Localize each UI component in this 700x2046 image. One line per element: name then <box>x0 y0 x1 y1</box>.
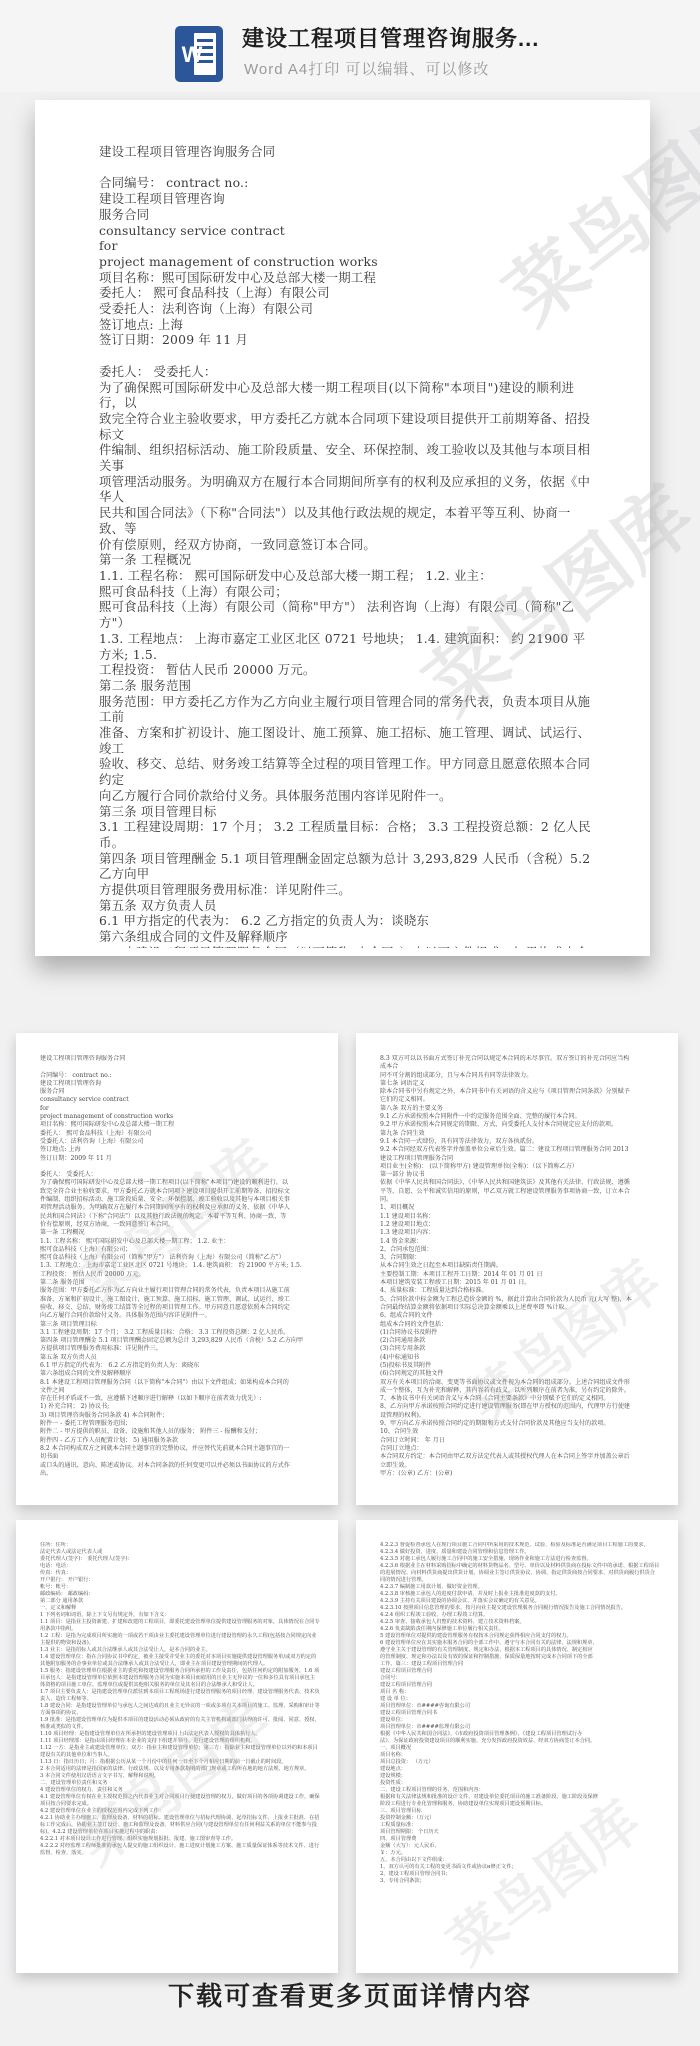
document-line: 主要控制工期：本项目工程开工日期：2014 年 01 月 01 日 <box>380 1271 660 1279</box>
document-line: 法定代表人或法定代表人或 <box>40 1549 320 1556</box>
document-line: 4 建设管理单位的权力、责任和义务 <box>40 1787 320 1794</box>
document-line: 传真：传真： <box>40 1570 320 1577</box>
document-title: 建设工程项目管理咨询服务... <box>242 22 672 53</box>
document-line: 平等、自愿、公平和诚实信用的原则，甲乙双方就工程建设管理服务事项协商一致，订立本… <box>380 1188 660 1196</box>
document-line: 1、双方认可的有关工程的变更书面文件或协议и修正文件； <box>380 1864 660 1871</box>
thumbnail-page-3-text: 住所：住所：法定代表人或法定代表人或委托代理人(签字)： 委托代理人(签字)：电… <box>40 1542 320 1963</box>
document-line: 建设工程项目管理合同书 <box>380 1710 660 1717</box>
document-line: 项目名称：熙可国际研发中心及总部大楼一期工程 <box>40 1121 320 1129</box>
document-line: 工程质量标准： <box>380 1822 660 1829</box>
document-line: 向乙方履行合同价款给付义务。具体服务范围内容详见附件一。 <box>40 1312 320 1320</box>
document-line: 10、合同生效 <box>380 1428 660 1436</box>
document-line: 1.1 建设项目名称： <box>380 1213 660 1221</box>
document-line: 委托代理人(签字)： 委托代理人(签字)： <box>40 1556 320 1563</box>
document-line: 准备、方案和扩初设计、施工图设计、施工预算、施工招标、施工管理、调试、试运行、竣… <box>99 725 594 756</box>
document-line: 民共和国合同法》（下称"合同法"）以及其他行政法规的规定，本着平等互利、协商一致… <box>99 505 594 536</box>
document-line: 1.2 工程：是指为完成项目所实施的一项或若干项由业主委托建设管理单位进行建设管… <box>40 1633 320 1647</box>
document-line: 五、本合同由以下文件组成： <box>380 1857 660 1864</box>
document-line: 4.2.2.3 督促检查承包人在现行项目施工合同中所采用的技术规范、试验、检验及… <box>380 1542 660 1549</box>
document-line: 建设规模： <box>380 1773 660 1780</box>
document-line: consultancy service contract <box>99 223 594 239</box>
thumbnail-page-4[interactable]: 4.2.2.3 督促检查承包人在现行项目施工合同中所采用的技术规范、试验、检验及… <box>356 1520 678 1973</box>
document-line: 项管理活动服务。为明确双方在履行本合同期间所享有的权利及应承担的义务，依据《中华… <box>99 474 594 505</box>
document-line: 出。 <box>40 1470 320 1478</box>
document-line: 方提供项目管理服务费用标准：详见附件三。 <box>99 882 594 898</box>
document-line: 8.1 本建设工程项目管理服务合同（以下简称"本合同"）由以下文件组成；如果构成… <box>40 1379 320 1387</box>
document-line: 第三条 项目管理目标 <box>99 804 594 820</box>
document-line: 建设工程项目管理咨询 <box>40 1080 320 1088</box>
document-line: 第五条 双方负责人员 <box>40 1354 320 1362</box>
document-line: 1) 补充合同； 2) 协议书; <box>40 1403 320 1411</box>
document-line: for <box>99 238 594 254</box>
document-subtitle: Word A4打印 可以编辑、可以修改 <box>244 58 664 79</box>
document-line: 受委托人：法利咨询（上海）有限公司 <box>40 1138 320 1146</box>
document-line: 文件之间 <box>40 1387 320 1395</box>
document-line: 6.1 甲方指定的代表为： 6.2 乙方指定的负责人为：谈晓东 <box>99 913 594 929</box>
header: W 建设工程项目管理咨询服务... Word A4打印 可以编辑、可以修改 <box>0 0 700 92</box>
document-line: 同不可分割的组成部分，且与本合同具有同等法律效力。 <box>380 1072 660 1080</box>
document-line: 投资性质： <box>380 1780 660 1787</box>
document-line: 阶段工程进行专业化管理和服务，协助建设单位实现项目建设预期目标。 <box>380 1801 660 1808</box>
preview-page-1[interactable]: 建设工程项目管理咨询服务合同 合同编号： contract no.:建设工程项目… <box>35 100 650 956</box>
document-line: 建设工程项目管理咨询服务合同 <box>40 1055 320 1063</box>
document-line: 第四条 项目管理酬金 5.1 项目管理酬金固定总额为总计 3,293,829 人… <box>99 851 594 882</box>
document-line: 签订地点: 上海 <box>99 317 594 333</box>
thumbnail-page-1[interactable]: 建设工程项目管理咨询服务合同 合同编号： contract no.:建设工程项目… <box>16 1033 338 1505</box>
document-line: 3.1 工程建设周期：17 个月； 3.2 工程质量目标：合格； 3.3 工程投… <box>99 819 594 850</box>
thumbnail-page-4-text: 4.2.2.3 督促检查承包人在现行项目施工合同中所采用的技术规范、试验、检验及… <box>380 1542 660 1963</box>
document-line: 3) 项目管理咨询服务合同条款 4) 本合同附件； <box>40 1412 320 1420</box>
document-line: 8.2 本合同构成双方之间就本合同主题事宜的完整协议，并应替代先前就本合同主题事… <box>40 1445 320 1453</box>
document-line: 项目名称： <box>380 1752 660 1759</box>
document-line: 成本合 <box>380 1063 660 1071</box>
document-line: 项目管理单位：市####监理有限公司 <box>380 1724 660 1731</box>
document-line: 4.2.3.9 主持有关项目建设的协调会议、并落实会议确定的有关意见。 <box>380 1598 660 1605</box>
document-line: 二、建设管理单位责任和义务 <box>40 1780 320 1787</box>
document-line: 4.2.3.6 根据业主在材料采购招标中确定的材料货物品名、型号、单价以及材料供… <box>380 1563 660 1584</box>
document-line: 第一条 工程概况 <box>40 1229 320 1237</box>
document-line: 服务范围：甲方委托乙方作为乙方向业主履行项目管理合同的常务代表，负责本项目从施工… <box>40 1287 320 1295</box>
document-line: 建设工程项目管理咨询 <box>99 191 594 207</box>
document-line: 第五条 双方负责人员 <box>99 898 594 914</box>
document-line: 建设地点： <box>380 1766 660 1773</box>
document-line: 1.3 业主：是指招标人或其合法继承人或其合法受让人，是本合同的业主。 <box>40 1647 320 1654</box>
document-line: 或口头的通讯、意向、陈述或协议。对本合同条款的任何变更可以并必须以书面协议的方式… <box>40 1462 320 1470</box>
document-line: 2 本合同适用的法律是指国家的法律、行政法规、以及专用条款指明的部门规章或工程所… <box>40 1766 320 1773</box>
document-line: 项目管理期限： 个日历天 <box>380 1829 660 1836</box>
document-line: (6)合同规定的其他文件 <box>380 1370 660 1378</box>
document-line: 1.10 项目经理：是指建设管理单位在所承担的建设管理项目上由法定代表人授权的具… <box>40 1731 320 1738</box>
document-line: 1.2 建设项目地点： <box>380 1221 660 1229</box>
document-line: 服务范围：甲方委托乙方作为乙方向业主履行项目管理合同的常务代表，负责本项目从施工… <box>99 694 594 725</box>
document-line: 1.3. 工程地点： 上海市嘉定工业区北区 0721 号地块； 1.4. 建筑面… <box>40 1262 320 1270</box>
document-line: 同。 <box>380 1196 660 1204</box>
document-line: 1.11 项目经理部：是指由项目经理在本企业的支持下组建并领导、进行建设管理的组… <box>40 1738 320 1745</box>
document-line: 委托人： 熙可食品科技（上海）有限公司 <box>40 1130 320 1138</box>
document-line: 第二条 服务范围 <box>99 678 594 694</box>
document-line <box>99 160 594 176</box>
document-line: 合同编号： contract no.: <box>99 175 594 191</box>
document-line: 8.1 本建设工程项目管理服务合同（以下简称"本合同"）由以下文件组成；如果构成… <box>99 945 594 948</box>
document-line: 4.2.6 负责缺陷责任期内保修施工单位履行相关责任。 <box>380 1626 660 1633</box>
document-line: 5 建设管理单位对提供的建设管理服务有权按本合同规定获得相应合同支付的权力。 <box>380 1633 660 1640</box>
document-line: 工程投资： 暂估人民币 20000 万元。 <box>40 1271 320 1279</box>
preview-page-1-text: 建设工程项目管理咨询服务合同 合同编号： contract no.:建设工程项目… <box>99 144 594 948</box>
document-line: 1.8 建设合同：是指建设管理单位与承包人之间达成的且业主无异议的一项或多项有关… <box>40 1703 320 1717</box>
document-line: 一、项目概况 <box>380 1745 660 1752</box>
document-line: 熙可食品科技（上海）有限公司； <box>40 1246 320 1254</box>
word-icon: W <box>175 26 223 82</box>
document-line: 准备、方案和扩初设计、施工图设计、施工预算、施工招标、施工管理、调试、试运行、竣… <box>40 1296 320 1304</box>
document-line: 2、合同承包范围： <box>380 1246 660 1254</box>
document-line: 1.12 一方：是指业主或建设管理单位；双方：指业主和建设管理单位；第三方：指除… <box>40 1745 320 1759</box>
document-line: 工作。篇三：建设工程项目管理合同 <box>380 1661 660 1668</box>
document-line: 4.2.1 协助业主办理施工、监理及设备、材料的招标。建设管理单位与招标代理协调… <box>40 1815 320 1836</box>
document-line: 1.4 资金来源： <box>380 1238 660 1246</box>
document-line: 6、组成合同的文件 <box>380 1312 660 1320</box>
thumbnail-page-2[interactable]: 8.3 双方可以以书面方式签订补充合同以规定本合同的未尽事宜。双方签订的补充合同… <box>356 1033 678 1505</box>
download-more-cta[interactable]: 下载可查看更多页面详情内容 <box>0 1976 700 2013</box>
document-line: 成一个整体，互为补充和解释，其内容若有歧义，以所列顺序在前者为准，另有约定的除外… <box>380 1387 660 1395</box>
document-line: 4.1 建设管理单位有权在业主授权范围之内代表业主对合同项目行使建设管理的权力，… <box>40 1794 320 1808</box>
document-line: 附件二 - 甲方提供的职员、设备、设施和其他人员的服务； 附件三 - 报酬和支付… <box>40 1428 320 1436</box>
document-line: 4.2.3.5 对施工承包人履行施工合同中的施工安全措施、现场作业和施工方法进行… <box>380 1556 660 1563</box>
document-line: 6 建设管理单位应在其实施本服务合同的全部工作中、遵守与本合同有关的法律、法规和… <box>380 1640 660 1647</box>
document-line: 建设单位： <box>380 1717 660 1724</box>
document-line: 委托人： 熙可食品科技（上海）有限公司 <box>99 285 594 301</box>
document-line: 从本合同生效之日起至本项目缺陷责任期满。 <box>380 1262 660 1270</box>
document-line: (3)合同专用条款 <box>380 1345 660 1353</box>
document-line: 合同订立地点： <box>380 1445 660 1453</box>
document-line: 邮政编码： 邮政编码： <box>40 1591 320 1598</box>
document-line: 签订日期：2009 年 11 月 <box>40 1155 320 1163</box>
document-line: 项目管理单位：市####咨询有限公司 <box>380 1703 660 1710</box>
document-line: 3.1 工程建设周期：17 个月； 3.2 工程质量目标：合格； 3.3 工程投… <box>40 1329 320 1337</box>
document-line: 为了确保熙可国际研发中心及总部大楼一期工程项目(以下简称"本项目")建设的顺利进… <box>40 1179 320 1187</box>
document-line <box>99 348 594 364</box>
document-line: 5、合同价款中标金额为工程总造价金额的 %，据此计算出合同价款为人民币 元(大写… <box>380 1296 660 1304</box>
document-line: 二、建设工程项目管理的任务、范围和内容： <box>380 1787 660 1794</box>
document-line: 受委托人：法利咨询（上海）有限公司 <box>99 301 594 317</box>
document-line: (4)中标通知书 <box>380 1354 660 1362</box>
document-line: 8、乙方向甲方承诺按照合同约定进行建设管理服务(即在甲方授权的范围内，代理甲方行… <box>380 1403 660 1411</box>
document-line: 法》、为保证政府投资建设项目的顺利实施、充分发挥政府投资效益、经双方协商签订本合… <box>380 1738 660 1745</box>
document-line: 4.2.3.7 编制施工用款计划、做好资金管理。 <box>380 1584 660 1591</box>
document-line: 4.2 建设管理单位在业主的授权范围内完成下列工作： <box>40 1808 320 1815</box>
document-line: 建 设 单 位： <box>380 1696 660 1703</box>
document-line: 民共和国合同法》（下称"合同法"）以及其他行政法规的规定，本着平等互利、协商一致… <box>40 1213 320 1221</box>
document-line: 附件四 - 乙方工作人员配置计划； 5) 通用服务条款 <box>40 1437 320 1445</box>
document-line: 建设工程项目管理合同 <box>380 1682 660 1689</box>
document-line: 合同编号： contract no.: <box>40 1072 320 1080</box>
document-line: 1、项目概况 <box>380 1204 660 1212</box>
document-line: 住所：住所： <box>40 1542 320 1549</box>
document-line: 1.9 批准：是指建设管理单位为提供本项目的建设活动必须从政府的有关主管机构或部… <box>40 1717 320 1731</box>
thumbnail-page-1-text: 建设工程项目管理咨询服务合同 合同编号： contract no.:建设工程项目… <box>40 1055 320 1495</box>
document-line: 它们的定义相同。 <box>380 1096 660 1104</box>
document-line: 四、项目管理费 <box>380 1836 660 1843</box>
document-line: 项目名称：熙可国际研发中心及总部大楼一期工程 <box>99 270 594 286</box>
document-line: 1.1. 工程名称： 熙可国际研发中心及总部大楼一期工程； 1.2. 业主： <box>40 1238 320 1246</box>
document-line: 第二部分 通用条款 <box>40 1598 320 1605</box>
document-line: 1.1. 工程名称： 熙可国际研发中心及总部大楼一期工程； 1.2. 业主： <box>99 568 594 584</box>
document-line: 价有偿原则，经双方协商，一致同意签订本合同。 <box>99 537 594 553</box>
document-line: 合同订立时间： 年 月日 <box>380 1437 660 1445</box>
document-line: 4.2.2.2 对经监理工程师批准的承包人提交的施工组织设计、施工进度计划施工方… <box>40 1843 320 1857</box>
document-line: for <box>40 1105 320 1113</box>
document-line: 一、定义和解释 <box>40 1605 320 1612</box>
document-line: 9.2 甲方承诺按照本合同规定的期限、方式、向受委托人支付本合同规定应支付的款项… <box>380 1121 660 1129</box>
document-line: 第九条 合同生效 <box>380 1130 660 1138</box>
document-line: 熙可食品科技（上海）有限公司（简称"甲方"） 法利咨询（上海）有限公司（简称"乙… <box>99 599 594 630</box>
document-line: 金额（大写）：元人民币、 <box>380 1843 660 1850</box>
document-line: 3 本合同文件使用汉语语言文字书写、解释和说明。 <box>40 1773 320 1780</box>
document-line: 遵守业主关于建设管理的有关管理制度、规定和办法、根据本工程项目的具体情况、制定相… <box>380 1647 660 1654</box>
document-line: 合同最终结算金额将依据项目实际总决算金额乘以上述费率即 %计取。 <box>380 1304 660 1312</box>
document-line: consultancy service contract <box>40 1096 320 1104</box>
word-icon-letter: W <box>179 40 205 70</box>
document-line: 建设工程项目管理服务合同 <box>380 1155 660 1163</box>
document-line: 签订地点: 上海 <box>40 1146 320 1154</box>
document-line: 双方有关本项目的洽商、变更等书面协议或文件视为本合同的组成部分。上述合同组成文件… <box>380 1379 660 1387</box>
document-line: 熙可食品科技（上海）有限公司； <box>99 584 594 600</box>
thumbnail-page-3[interactable]: 住所：住所：法定代表人或法定代表人或委托代理人(签字)： 委托代理人(签字)：电… <box>16 1520 338 1973</box>
document-line: 组成本合同的文件包括： <box>380 1321 660 1329</box>
document-line: 1.13 日：指日历日；月：指根据公历从某一个月份中的任何一日至下个月相应日期的… <box>40 1759 320 1766</box>
document-line: 4.2.3.10 按照项目信息管理的要求、按月向业主提交建设管理服务合同履行情况… <box>380 1605 660 1612</box>
document-line: 项目业主(全称)： (以下简称甲方) 建设管理单位(全称)：（以下简称乙方） <box>380 1163 660 1171</box>
document-line: 1.3. 工程地点： 上海市嘉定工业区北区 0721 号地块； 1.4. 建筑面… <box>99 631 594 662</box>
document-line: 投资控制金额：（万元） <box>380 1815 660 1822</box>
document-line: 根据《中华人民共和国合同法》、《市政府投资项目管理条例》、《建设工程项目管理试行… <box>380 1731 660 1738</box>
document-line: 价有偿原则，经双方协商，一致同意签订本合同。 <box>40 1221 320 1229</box>
document-line: 1.3 建设项目内容： <box>380 1229 660 1237</box>
document-line: 建设工程项目管理咨询服务合同 <box>99 144 594 160</box>
document-line: 第六条组成合同的文件及解释顺序 <box>40 1370 320 1378</box>
document-line: 的管理制度、规定和办法以及有效的保证和控制措施、保质保量地按时完成本合同项下的全… <box>380 1654 660 1661</box>
document-line: 根据和有关法律法规和批准的设计文件，对建设单位委托项目的施工准备阶段、施工阶段及… <box>380 1794 660 1801</box>
document-line: 1.5 服务：指建设管理单位根据业主的委托和按建设管理服务合同所承担的工作及责任… <box>40 1668 320 1689</box>
document-line: 设管理的权利)。 <box>380 1412 660 1420</box>
document-line: 向乙方履行合同价款给付义务。具体服务范围内容详见附件一。 <box>99 788 594 804</box>
document-line: 立即生效。 <box>380 1462 660 1470</box>
document-line: 服务合同 <box>40 1088 320 1096</box>
document-line: ￥：万元。 <box>380 1850 660 1857</box>
document-line: 8.3 双方可以以书面方式签订补充合同以规定本合同的未尽事宜。双方签订的补充合同… <box>380 1055 660 1063</box>
document-line <box>40 1163 320 1171</box>
document-line: 第三条 项目管理目标 <box>40 1321 320 1329</box>
document-line: 9.2 本合同经双方代表签字并加盖单位公章后生效。篇二：建设工程项目管理服务合同… <box>380 1146 660 1154</box>
document-line: 1 下列名词和词语，除上下文另有规定外，有如下含义： <box>40 1612 320 1619</box>
document-line: 验收、移交、总结、财务竣工结算等全过程的项目管理工作。甲方同意且愿意依照本合同约… <box>40 1304 320 1312</box>
document-line: 甲方：(公章) 乙方：(公章) <box>380 1470 660 1478</box>
document-line: 切书面 <box>40 1453 320 1461</box>
document-line: 4.2.5 审查、接收承包人归整的技术资料、建立技术资料档案。 <box>380 1619 660 1626</box>
document-line: 4、质量标准：工程质量达到合格标准。 <box>380 1287 660 1295</box>
document-line: 1.4 建设管理单位：指在合同协议书中约定，被业主接受并受业主的委托对本项目实施… <box>40 1654 320 1668</box>
document-line: 4.2.3.4 做好投资、进度、质量和建设合同管理和信息管理工作。 <box>380 1549 660 1556</box>
document-line: 4.2.3.8 审核施工承包人的进度付款申请、并及时上报业主批准进度款的支付。 <box>380 1591 660 1598</box>
document-line: 第一条 工程概况 <box>99 552 594 568</box>
document-line: 工程投资： 暂估人民币 20000 万元。 <box>99 662 594 678</box>
document-line: 委托人： 受委托人： <box>99 364 594 380</box>
document-line: 三、项目管理目标 <box>380 1808 660 1815</box>
document-line: 依据《中华人民共和国合同法》、《中华人民共和国建筑法》及其他有关法律、行政法规、… <box>380 1179 660 1187</box>
document-line: 本合同双方约定：本合同由甲乙双方法定代表人或其授权代理人在本合同上签字并加盖公章… <box>380 1453 660 1461</box>
document-line: 电话：电话： <box>40 1563 320 1570</box>
document-line: project management of construction works <box>99 254 594 270</box>
document-line: 件编制、组织招标活动、施工阶段质量、安全、环保控制、竣工验收以及其他与本项目相关… <box>99 442 594 473</box>
document-line: 致完全符合业主验收要求，甲方委托乙方就本合同项下建设项目提供开工前期筹备、招投标… <box>99 411 594 442</box>
document-line: 为了确保熙可国际研发中心及总部大楼一期工程项目(以下简称"本项目")建设的顺利进… <box>99 380 594 411</box>
document-line: 开户银行： 开户银行： <box>40 1577 320 1584</box>
document-line: 项目总投资： （万元） <box>380 1759 660 1766</box>
document-line: 项管理活动服务。为明确双方在履行本合同期间所享有的权利及应承担的义务，依据《中华… <box>40 1204 320 1212</box>
document-line: 签订日期：2009 年 11 月 <box>99 332 594 348</box>
document-line: 4.2.2.1 对本项目设计工作进行管理、组织实施规划报批、报建、施工图审查等工… <box>40 1836 320 1843</box>
document-line: 4.2.4 组织工程竣工验收、办理工程竣工结算。 <box>380 1612 660 1619</box>
document-line: 致完全符合业主验收要求，甲方委托乙方就本合同项下建设项目提供开工前期筹备、招投标… <box>40 1188 320 1196</box>
document-line: 3、专用合同条款； <box>380 1878 660 1885</box>
document-line: 第八条 双方的主要义务 <box>380 1105 660 1113</box>
document-line: 第七条 词语定义 <box>380 1080 660 1088</box>
document-line: 帐号：帐号： <box>40 1584 320 1591</box>
document-line: 项目 名 称： <box>380 1689 660 1696</box>
document-line: 1.7 项目主要负责人：是指建设管理单位派驻到本项目工程现场进行建设管理服务的项… <box>40 1689 320 1703</box>
thumbnail-page-2-text: 8.3 双方可以以书面方式签订补充合同以规定本合同的未尽事宜。双方签订的补充合同… <box>380 1055 660 1495</box>
document-line: 服务合同 <box>99 207 594 223</box>
document-line: 9、甲方向乙方承诺按照合同约定的期限和方式支付合同价款及其他应当支付的款项。 <box>380 1420 660 1428</box>
document-line: 建设工程项目管理合同 <box>380 1668 660 1675</box>
document-line: (1)合同协议书及附件 <box>380 1329 660 1337</box>
document-line: 第六条组成合同的文件及解释顺序 <box>99 929 594 945</box>
document-line: 验收、移交、总结、财务竣工结算等全过程的项目管理工作。甲方同意且愿意依照本合同约… <box>99 756 594 787</box>
document-line: 2、建设工程项目管理合同书； <box>380 1871 660 1878</box>
document-line: 1.1 项目：是指业主投资新建、扩建和改建的工程项目，即委托建设管理单位提供建设… <box>40 1619 320 1633</box>
document-line: 方提供项目管理服务费用标准：详见附件三。 <box>40 1345 320 1353</box>
document-line <box>40 1063 320 1071</box>
document-line: 合同号： <box>380 1675 660 1682</box>
